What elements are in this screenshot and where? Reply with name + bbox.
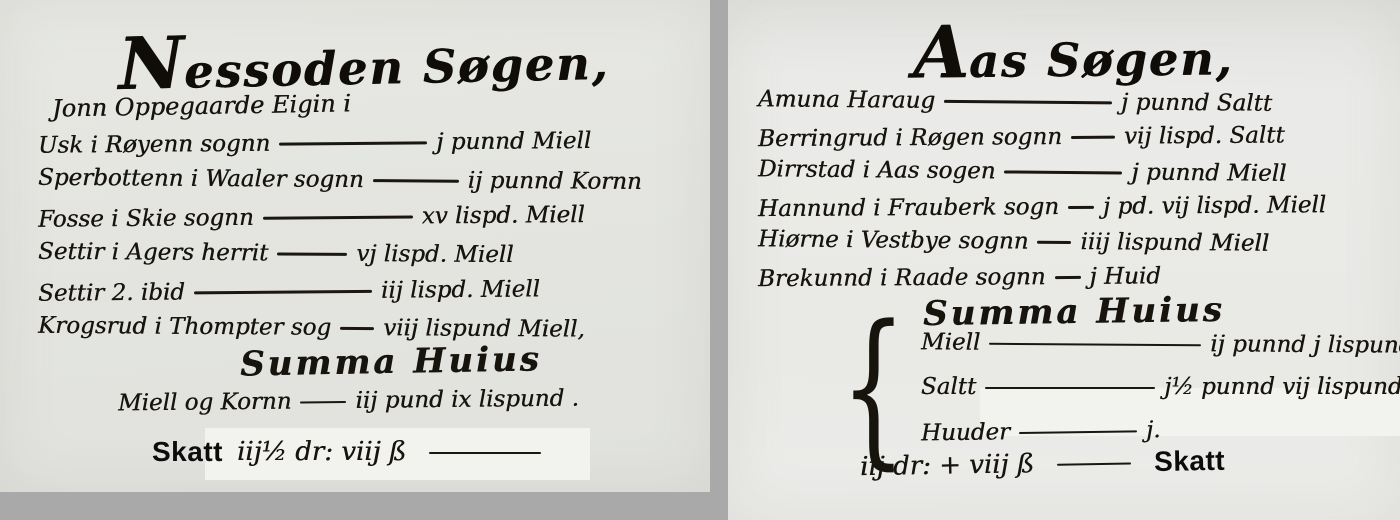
dash-rule	[373, 179, 459, 182]
farm-name: Sperbottenn i Waaler sognn	[38, 164, 364, 192]
dash-rule	[1068, 206, 1094, 209]
right-parish-title: Aas Søgen,	[913, 6, 1234, 94]
summa-total-rows: Miell ij punnd j lispund Saltt j½ punnd …	[921, 328, 1400, 446]
amount-value: j punnd Saltt	[1121, 89, 1272, 116]
amount-value: iiij lispund Miell	[1080, 229, 1269, 257]
farm-name: Usk i Røyenn sognn	[38, 130, 270, 158]
dash-rule	[279, 142, 427, 146]
dash-rule	[1071, 136, 1115, 139]
summa-amount: iij pund ix lispund .	[355, 386, 579, 414]
left-tax-line: Skatt iij½ dr: viij ß	[152, 436, 550, 468]
farm-name: Brekunnd i Raade sognn	[758, 264, 1046, 292]
ledger-row: Settir 2. ibid iij lispd. Miell	[38, 269, 674, 312]
skatt-label: Skatt	[1154, 445, 1226, 478]
amount-value: j punnd Miell	[436, 127, 591, 154]
dash-rule	[429, 452, 541, 455]
commodity-name: Huuder	[921, 419, 1010, 446]
farm-name: Settir i Agers herrit	[38, 238, 268, 266]
right-summa-bracket-group: { Miell ij punnd j lispund Saltt j½ punn…	[820, 322, 1400, 452]
dash-rule	[1004, 171, 1122, 175]
ledger-row: Hannund i Frauberk sogn j pd. vij lispd.…	[758, 187, 1378, 226]
left-summa-total-row: Miell og Kornn iij pund ix lispund .	[118, 386, 579, 417]
dash-rule	[985, 387, 1155, 390]
scanned-tax-ledger: { "left_page": { "title": "Nessoden Søge…	[0, 0, 1400, 520]
commodity-amount: ij punnd j lispund	[1210, 331, 1400, 358]
amount-value: ij punnd Kornn	[468, 167, 642, 194]
dash-rule	[1019, 430, 1137, 434]
amount-value: j punnd Miell	[1131, 159, 1286, 186]
commodity-name: Miell	[921, 329, 980, 355]
amount-value: j pd. vij lispd. Miell	[1103, 192, 1326, 220]
summa-name: Miell og Kornn	[118, 389, 292, 417]
amount-value: vij lispd. Saltt	[1124, 122, 1285, 149]
dash-rule	[194, 290, 372, 294]
summa-row: Saltt j½ punnd vij lispund	[921, 371, 1400, 403]
commodity-name: Saltt	[921, 374, 976, 400]
farm-name: Fosse i Skie sognn	[38, 204, 254, 232]
right-entry-list: Amuna Haraug j punnd Saltt Berringrud i …	[758, 84, 1378, 294]
skatt-amount: iij dr: + viij ß	[860, 449, 1035, 482]
ledger-row: Hiørne i Vestbye sognn iiij lispund Miel…	[758, 221, 1378, 261]
amount-value: xv lispd. Miell	[422, 202, 585, 229]
ledger-row: Sperbottenn i Waaler sognn ij punnd Korn…	[38, 159, 674, 200]
farm-name: Dirrstad i Aas sogen	[758, 156, 996, 184]
dash-rule	[263, 216, 413, 220]
dash-rule	[300, 401, 346, 404]
amount-value: j Huid	[1089, 263, 1161, 289]
ledger-row: Settir i Agers herrit vj lispd. Miell	[38, 233, 674, 274]
left-intro-line: Jonn Oppegaarde Eigin i	[52, 89, 351, 122]
dash-rule	[944, 100, 1112, 104]
right-tax-line: iij dr: + viij ß Skatt	[860, 445, 1226, 483]
left-page-scan: Nessoden Søgen, Jonn Oppegaarde Eigin i …	[0, 0, 710, 492]
farm-name: Hiørne i Vestbye sognn	[758, 226, 1029, 254]
commodity-amount: j.	[1146, 417, 1161, 443]
ledger-row: Dirrstad i Aas sogen j punnd Miell	[758, 151, 1378, 191]
skatt-amount: iij½ dr: viij ß	[237, 437, 406, 467]
amount-value: viij lispund Miell,	[383, 315, 585, 342]
dash-rule	[1054, 276, 1080, 279]
farm-name: Amuna Haraug	[758, 86, 935, 114]
curly-brace: {	[840, 322, 906, 452]
summa-row: Huuder j.	[921, 411, 1400, 450]
summa-row: Miell ij punnd j lispund	[921, 326, 1400, 361]
right-page-scan: Aas Søgen, Amuna Haraug j punnd Saltt Be…	[728, 0, 1400, 520]
commodity-amount: j½ punnd vij lispund	[1164, 374, 1400, 400]
skatt-label: Skatt	[152, 436, 223, 468]
left-summa-heading: Summa Huius	[240, 339, 542, 384]
ledger-row: Usk i Røyenn sognn j punnd Miell	[38, 121, 674, 164]
ledger-row: Fosse i Skie sognn xv lispd. Miell	[38, 195, 674, 238]
farm-name: Krogsrud i Thompter sog	[38, 312, 331, 340]
dash-rule	[1057, 462, 1131, 466]
amount-value: vj lispd. Miell	[356, 241, 513, 268]
dash-rule	[989, 343, 1201, 347]
farm-name: Settir 2. ibid	[38, 279, 185, 306]
farm-name: Berringrud i Røgen sognn	[758, 124, 1062, 152]
amount-value: iij lispd. Miell	[381, 276, 540, 303]
ledger-row: Berringrud i Røgen sognn vij lispd. Salt…	[758, 117, 1378, 156]
left-entry-list: Usk i Røyenn sognn j punnd Miell Sperbot…	[38, 124, 674, 346]
farm-name: Hannund i Frauberk sogn	[758, 194, 1059, 222]
dash-rule	[277, 253, 347, 256]
dash-rule	[1037, 241, 1071, 244]
ledger-row: Amuna Haraug j punnd Saltt	[758, 81, 1378, 121]
dash-rule	[340, 327, 374, 330]
